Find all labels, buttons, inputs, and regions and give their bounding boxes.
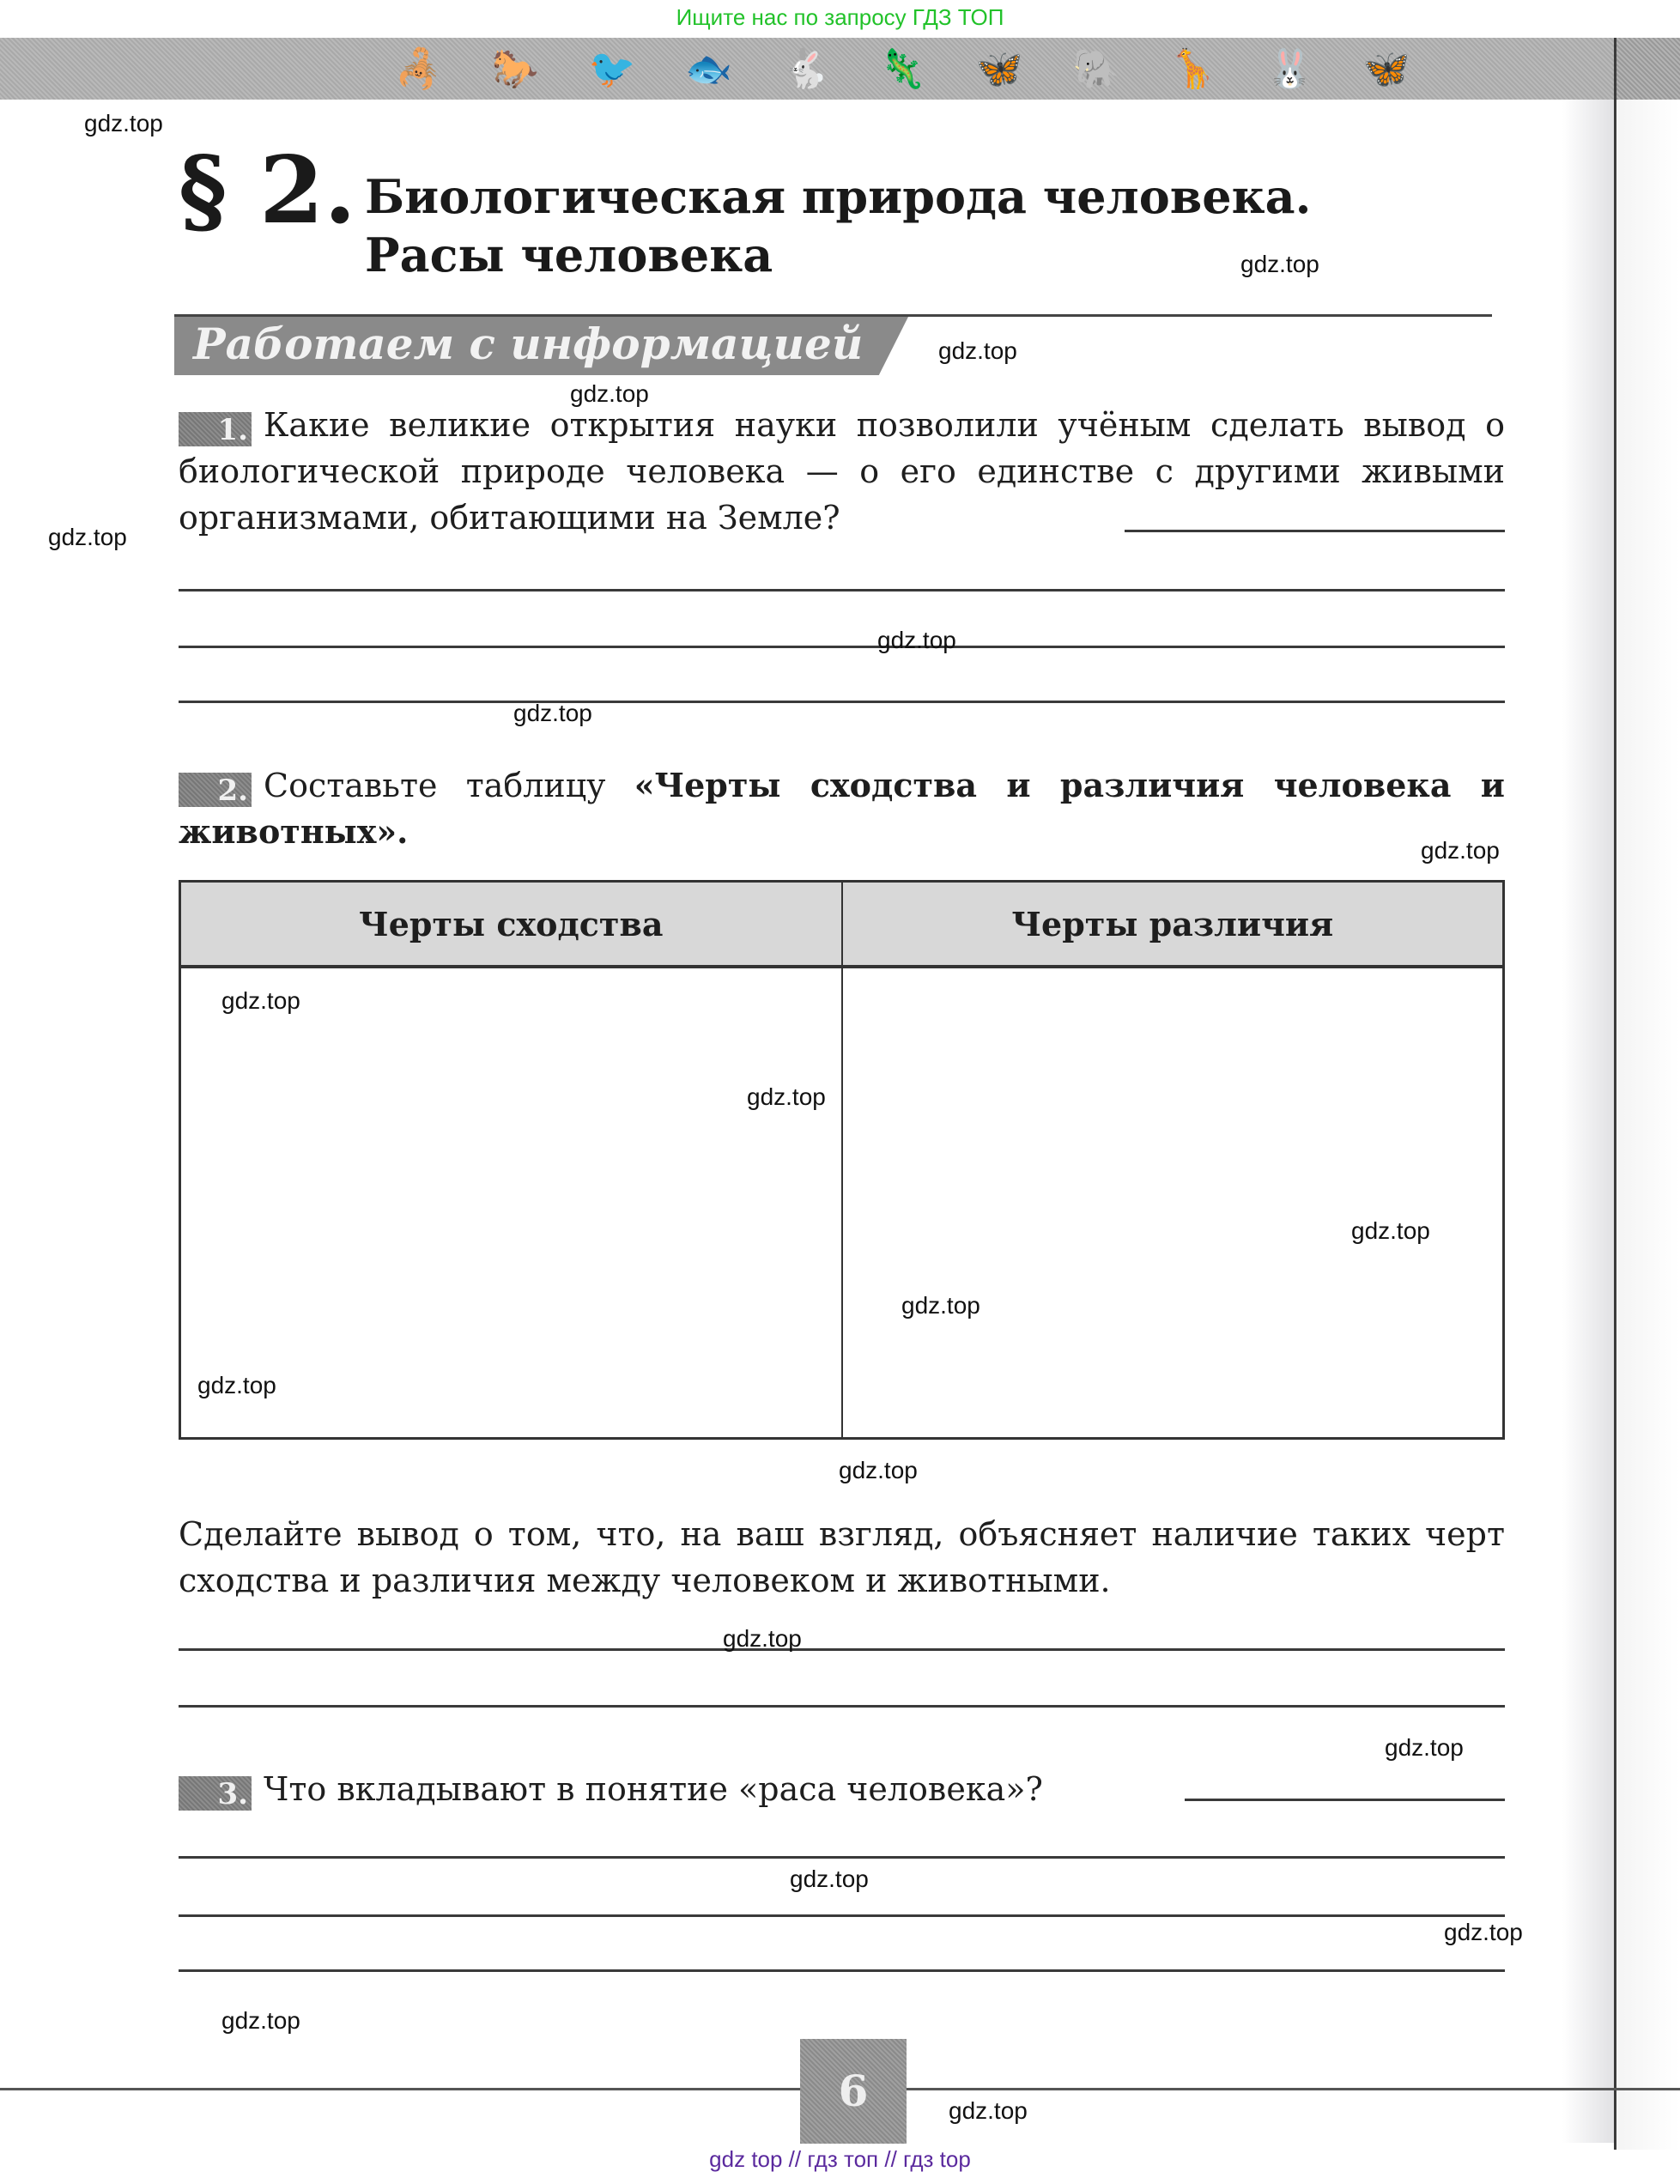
watermark: gdz.top (84, 110, 163, 137)
page-number: 6 (800, 2039, 907, 2144)
watermark: gdz.top (790, 1865, 869, 1893)
watermark: gdz.top (1444, 1919, 1523, 1946)
page-edge-top (1616, 38, 1680, 100)
task-1-text: Какие великие открытия науки позволили у… (179, 406, 1505, 537)
answer-line[interactable] (179, 1705, 1505, 1708)
column-header-similarities: Черты сходства (180, 882, 842, 968)
column-header-differences: Черты различия (842, 882, 1504, 968)
watermark: gdz.top (877, 627, 956, 654)
watermark: gdz.top (221, 2007, 300, 2035)
answer-line[interactable] (179, 1969, 1505, 1972)
answer-line[interactable] (179, 1914, 1505, 1917)
differences-cell[interactable] (842, 967, 1504, 1439)
task-3-text: Что вкладывают в понятие «раса человека»… (264, 1770, 1043, 1808)
watermark: gdz.top (949, 2097, 1028, 2125)
answer-line[interactable] (179, 646, 1505, 648)
task-2: 2.Составьте таблицу «Черты сходства и ра… (179, 762, 1505, 855)
animal-silhouettes-icon: 🦂🐎🐦🐟🐇🦎🦋🐘🦒🐰🦋 (395, 46, 1460, 91)
answer-line[interactable] (179, 1648, 1505, 1651)
similarities-cell[interactable] (180, 967, 842, 1439)
watermark: gdz.top (901, 1292, 980, 1319)
answer-line[interactable] (179, 589, 1505, 591)
section-label: Работаем с информацией (193, 318, 863, 369)
comparison-table: Черты сходства Черты различия (179, 880, 1505, 1440)
task-3: 3.Что вкладывают в понятие «раса человек… (179, 1766, 1157, 1812)
task-number-badge: 2. (179, 773, 252, 807)
answer-line[interactable] (1185, 1799, 1505, 1801)
page-title: Биологическая природа человека. Расы чел… (365, 167, 1311, 284)
watermark: gdz.top (197, 1372, 276, 1399)
answer-line[interactable] (1125, 530, 1505, 532)
answer-line[interactable] (179, 701, 1505, 703)
title-line-2: Расы человека (365, 226, 1311, 284)
watermark: gdz.top (221, 987, 300, 1015)
watermark: gdz.top (1240, 251, 1319, 278)
watermark: gdz.top (747, 1083, 826, 1111)
page-curl-shadow (1562, 100, 1614, 2143)
task-2-text: Составьте таблицу (264, 767, 634, 804)
task-number-badge: 1. (179, 412, 252, 446)
watermark: gdz.top (570, 380, 649, 408)
paragraph-number: § 2. (179, 144, 356, 237)
task-1: 1.Какие великие открытия науки позволили… (179, 402, 1505, 541)
header-decoration-band: 🦂🐎🐦🐟🐇🦎🦋🐘🦒🐰🦋 (0, 38, 1614, 100)
watermark: gdz.top (938, 337, 1017, 365)
page-edge (1614, 38, 1680, 2150)
watermark: gdz.top (1351, 1217, 1430, 1245)
section-divider (174, 314, 1492, 317)
watermark: gdz.top (839, 1457, 918, 1484)
task-2-followup: Сделайте вывод о том, что, на ваш взгляд… (179, 1511, 1505, 1604)
search-banner: Ищите нас по запросу ГДЗ ТОП (0, 0, 1680, 38)
watermark: gdz.top (48, 524, 127, 551)
table-row (180, 967, 1504, 1439)
title-line-1: Биологическая природа человека. (365, 167, 1311, 226)
footer-watermark: gdz top // гдз топ // гдз top (0, 2146, 1680, 2173)
watermark: gdz.top (1421, 837, 1500, 864)
watermark: gdz.top (723, 1625, 802, 1653)
section-header: Работаем с информацией (174, 317, 908, 375)
task-number-badge: 3. (179, 1776, 252, 1811)
watermark: gdz.top (513, 700, 592, 727)
watermark: gdz.top (1385, 1734, 1464, 1762)
answer-line[interactable] (179, 1856, 1505, 1859)
